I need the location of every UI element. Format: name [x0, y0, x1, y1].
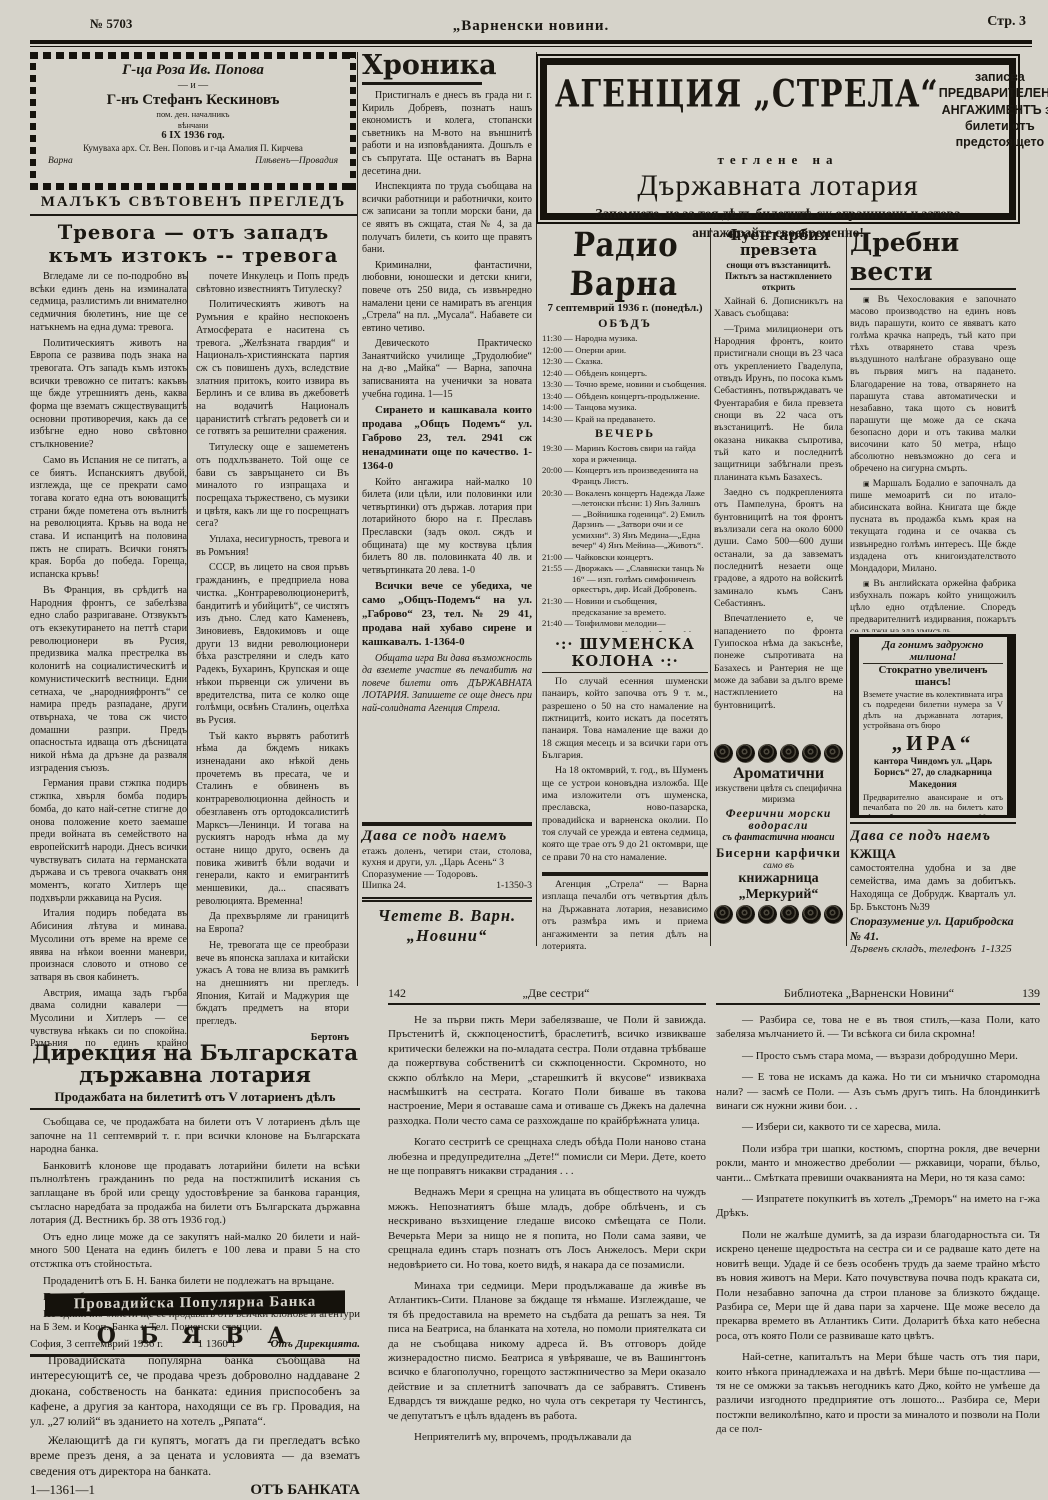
program-entry: 20:00 — Концертъ изъ произведенията на Ф…	[542, 465, 708, 486]
strela-agency-ad: АГЕНЦИЯ „СТРЕЛА“ записва ПРЕДВАРИТЕЛЕНЪ …	[540, 58, 1016, 220]
city-right: Плѣвенъ—Провадия	[255, 156, 338, 166]
novel-left-text: Не за първи пжть Мери забелязваше, че По…	[388, 1013, 706, 1444]
article-subhead: снощи отъ възстаницитѣ. Пжтьтъ за настжп…	[714, 260, 843, 292]
flower-icon	[802, 905, 821, 924]
city-left: Варна	[48, 156, 73, 166]
program-entry: 13:30 — Точно време, новини и съобщения.	[542, 379, 708, 390]
read-paper-banner: Четете В. Варн. „Новини“	[362, 897, 532, 946]
program-entry: 19:30 — Маринъ Костовъ свири на гайда хо…	[542, 443, 708, 464]
married-label: вѣнчани	[48, 120, 338, 131]
novel-paragraph: — Избери си, каквото ти се харесва, мила…	[716, 1120, 1040, 1134]
masthead-divider	[30, 40, 1032, 47]
evening-program-list: 19:30 — Маринъ Костовъ свири на гайда хо…	[542, 443, 708, 632]
novel-paragraph: — Просто съмъ стара мома, — възрази добр…	[716, 1049, 1040, 1063]
newspaper-title: „Варненски новини.	[30, 18, 1032, 35]
small-news-column: Дребни вести Въ Чехословакия е започнато…	[850, 228, 1016, 632]
chronicle-item: Сирането и кашкавала които продава „Общъ…	[362, 404, 532, 473]
paragraph: Въ Франция, въ срѣдитѣ на Народния фронт…	[30, 585, 187, 776]
strela-note-text: Агенция „Стрела“ — Варна изплаща печалби…	[542, 879, 708, 953]
radio-date: 7 септемврий 1936 г. (понедѣл.)	[542, 302, 708, 314]
drawing-label: теглене на	[555, 152, 1001, 168]
wedding-date: 6 IX 1936 год.	[48, 130, 338, 141]
novel-paragraph: Неприятелитѣ му, впрочемъ, продължавали …	[388, 1430, 706, 1444]
flower-icon	[736, 905, 755, 924]
column-divider	[357, 52, 358, 986]
program-entry: 20:30 — Вокаленъ концертъ Надежда Лаже—л…	[542, 488, 708, 551]
lunch-program-list: 11:30 — Народна музика.12:00 — Оперни ар…	[542, 333, 708, 424]
flower-icon	[802, 744, 821, 763]
house-rent-ad: Дава се подъ наемъ КЖЩА самостоятелна уд…	[850, 822, 1016, 953]
small-news-title: Дребни вести	[850, 228, 1016, 290]
paragraph: Провадийската популярна банка съобщава н…	[30, 1353, 360, 1430]
announcement-signature: ОТЪ БАНКАТА	[250, 1482, 360, 1499]
paragraph: Желающитѣ да ги купятъ, могатъ да ги пре…	[30, 1433, 360, 1479]
cities-row: Варна Плѣвенъ—Провадия	[48, 156, 338, 166]
rent-ad: Дава се подъ наемъ етажъ доленъ, четири …	[362, 822, 532, 891]
paragraph: Продаденитѣ отъ Б. Н. Банка билети не по…	[30, 1275, 360, 1289]
flower-icon	[780, 744, 799, 763]
house-ad-title2: КЖЩА	[850, 846, 896, 861]
ad-line-pins: Бисерни карфички	[714, 846, 843, 861]
flower-icons-row	[714, 905, 843, 924]
fuenterrabia-article: Фуентарбия превзета снощи отъ възстаници…	[714, 228, 843, 740]
ira-slogan-1: Да гонимъ задружно милиона!	[863, 639, 1003, 664]
program-entry: 13:40 — Обѣденъ концертъ-продължение.	[542, 391, 708, 402]
review-column-2: почете Инкулецъ и Попъ предъ свѣтовно из…	[187, 271, 349, 1049]
paragraph: Политическиятъ животъ на Европа се разви…	[30, 338, 187, 452]
news-item: Въ Чехословакия е започнато масово произ…	[850, 294, 1016, 475]
paragraph: Вгледаме ли се по-подробно въ всѣки един…	[30, 271, 187, 335]
strela-ad-top: АГЕНЦИЯ „СТРЕЛА“ записва ПРЕДВАРИТЕЛЕНЪ …	[555, 69, 1001, 150]
groom-name: Г-нъ Стефанъ Кескиновъ	[48, 92, 338, 109]
ad-line-nuance: съ фантастична нюанси	[714, 832, 843, 843]
bank-banner: Провадийска Популярна Банка	[45, 1290, 345, 1316]
ad-line-aromatic: Ароматични	[714, 765, 843, 783]
page-number: Стр. 3	[987, 14, 1026, 30]
novel-series-title: Библиотека „Варненски Новини“	[784, 986, 954, 1001]
novel-paragraph: Когато сестритѣ се срещнаха следъ обѣда …	[388, 1135, 706, 1178]
wedding-announcement: Г-ца Роза Ив. Попова — и — Г-нъ Стефанъ …	[30, 52, 356, 190]
evening-section-label: ВЕЧЕРЬ	[542, 426, 708, 441]
flower-icon	[714, 744, 733, 763]
groom-title: пом. ден. началникъ	[48, 109, 338, 120]
section-headline: Тревога — отъ западъ къмъ изтокъ -- трев…	[30, 221, 357, 267]
novel-right-text: — Разбира се, това не е въ твоя стилъ,—к…	[716, 1013, 1040, 1437]
newspaper-page: { "masthead": { "issue": "№ 5703", "titl…	[0, 0, 1048, 1500]
witnesses: Кумуваха арх. Ст. Вен. Поповъ и г-ца Ама…	[48, 143, 338, 153]
novel-page-number: 139	[1022, 986, 1040, 1001]
program-entry: 21:55 — Дворжакъ — „Славянски танцъ № 16…	[542, 563, 708, 595]
ira-body-2: Предварително авансиране и отъ печалбата…	[863, 792, 1003, 818]
house-ad-warehouse: Дървенъ складъ, телефонъ 26 — 38	[850, 943, 981, 953]
news-item: Маршалъ Бодалио е започналъ да пише мемо…	[850, 478, 1016, 575]
program-entry: 12:00 — Оперни арии.	[542, 345, 708, 356]
rent-ad-title: Дава се подъ наемъ	[362, 828, 532, 845]
shumen-column: ·:· ШУМЕНСКА КОЛОНА ·:· По случай есенни…	[542, 636, 708, 868]
ira-bureau-ad: Да гонимъ задружно милиона! Стократно ув…	[850, 634, 1016, 818]
paragraph: СССР, въ лицето на своя пръвъ гражданинъ…	[196, 562, 349, 727]
bride-name: Г-ца Роза Ив. Попова	[48, 62, 338, 79]
house-ad-body: самостоятелна удобна и за две семейства,…	[850, 863, 1016, 914]
novel-right-page: Библиотека „Варненски Новини“ 139 — Разб…	[716, 986, 1040, 1496]
chronicle-title: Хроника	[362, 50, 482, 85]
lunch-section-label: ОБѢДЪ	[542, 316, 708, 331]
shumen-body: По случай есенния шуменски панаиръ, койт…	[542, 676, 708, 864]
house-ad-code: 1-1325 10	[981, 943, 1016, 953]
paragraph: Тъй както вървятъ работитѣ нѣма да бждем…	[196, 731, 349, 909]
news-item: Въ английската оржейна фабрика избухналъ…	[850, 578, 1016, 632]
rent-ad-code: 1-1350-3	[496, 880, 532, 891]
masthead: № 5703 „Варненски новини. Стр. 3	[30, 12, 1032, 38]
state-lottery-title: Държавната лотария	[555, 169, 1001, 203]
program-entry: 11:30 — Народна музика.	[542, 333, 708, 344]
chronicle-item: Който ангажира най-малко 10 билета (или …	[362, 477, 532, 578]
novel-paragraph: Най-сетне, капиталътъ на Мери бѣше часть…	[716, 1350, 1040, 1436]
rent-ad-body: етажъ доленъ, четири стаи, столова, кухн…	[362, 846, 532, 868]
novel-paragraph: Поли избра три шапки, костюмъ, спортна р…	[716, 1142, 1040, 1185]
chronicle-items: Пристигналъ е днесъ въ града ни г. Кирил…	[362, 90, 532, 818]
announcement-code: 1—1361—1	[30, 1482, 95, 1499]
article-headline: Фуентарбия превзета	[714, 228, 843, 258]
flower-icon	[736, 744, 755, 763]
small-news-body: Въ Чехословакия е започнато масово произ…	[850, 294, 1016, 632]
paragraph: Заедно съ подкрепленията отъ Пампелуна, …	[714, 487, 843, 610]
section-kicker: МАЛЪКЪ СВѢТОВЕНЪ ПРЕГЛЕДЪ	[30, 194, 357, 216]
shumen-title: ·:· ШУМЕНСКА КОЛОНА ·:·	[542, 636, 708, 673]
paragraph: Уплаха, несигурность, тревога и въ Ромън…	[196, 534, 349, 559]
review-columns: Вгледаме ли се по-подробно въ всѣки един…	[30, 271, 357, 1049]
rent-ad-contact: Споразумение — Тодоровъ.	[362, 869, 478, 880]
ira-slogan-2: Стократно увеличенъ шансъ!	[863, 664, 1003, 688]
ira-body-1: Вземете участие въ колективната игра съ …	[863, 689, 1003, 730]
chronicle-item: Инспекцията по труда съобщава на всички …	[362, 181, 532, 257]
review-column-1: Вгледаме ли се по-подробно въ всѣки един…	[30, 271, 187, 1049]
column-divider	[536, 52, 537, 946]
program-entry: 21:00 — Чайковски концертъ.	[542, 552, 708, 563]
program-entry: 12:30 — Сказка.	[542, 356, 708, 367]
paragraph: На 18 октомврий, т. год., въ Шуменъ ще с…	[542, 765, 708, 864]
house-ad-contact: Споразумение ул. Царибродска № 41.	[850, 914, 1016, 943]
paragraph: —Трима милиционери отъ Народния фронтъ, …	[714, 324, 843, 484]
paragraph: почете Инкулецъ и Попъ предъ свѣтовно из…	[196, 271, 349, 296]
separator-text: — и —	[48, 80, 338, 91]
paragraph: Италия подиръ победата въ Абисиния лѣтув…	[30, 908, 187, 984]
program-entry: 21:30 — Новини и съобщения, предсказание…	[542, 596, 708, 617]
paragraph: Отъ едно лице може да се закупятъ най-ма…	[30, 1231, 360, 1272]
announcement-footer: 1—1361—1 ОТЪ БАНКАТА	[30, 1482, 360, 1499]
ad-line-seaweed: Феерични морски водорасли	[714, 808, 843, 832]
program-entry: 21:40 — Тонфилмови мелодии—участвуватъ: …	[542, 618, 708, 632]
flower-icon	[758, 905, 777, 924]
house-ad-titles: Дава се подъ наемъ КЖЩА	[850, 827, 1016, 863]
paragraph: Германия прави стжпка подиръ стжпка, хвъ…	[30, 778, 187, 905]
house-ad-footer: Дървенъ складъ, телефонъ 26 — 38 1-1325 …	[850, 943, 1016, 953]
paragraph: Хайнай 6. Дописникътъ на Хавасъ съобщава…	[714, 296, 843, 321]
program-entry: 14:30 — Край на предаването.	[542, 414, 708, 425]
program-entry: 14:00 — Танцова музика.	[542, 402, 708, 413]
chronicle-item: Общата игра Ви дава възможность да вземе…	[362, 653, 532, 716]
agency-offer-text: записва ПРЕДВАРИТЕЛЕНЪ АНГАЖИМЕНТЪ за би…	[939, 69, 1048, 150]
notice-subhead: Продажбата на билетитѣ отъ V лотариенъ д…	[30, 1089, 360, 1110]
novel-page-number: 142	[388, 986, 406, 1001]
novel-title: „Две сестри“	[523, 986, 590, 1001]
paragraph: Впечатлението е, че нападението по фронт…	[714, 613, 843, 712]
announcement-body: Провадийската популярна банка съобщава н…	[30, 1353, 360, 1479]
novel-left-header: 142 „Две сестри“	[388, 986, 706, 1005]
flower-icon	[824, 744, 843, 763]
paragraph: Банковитѣ клонове ще продаватъ лотарийни…	[30, 1160, 360, 1228]
paragraph: Съобщава се, че продажбата на билети отъ…	[30, 1116, 360, 1157]
agency-name: АГЕНЦИЯ „СТРЕЛА“	[555, 73, 939, 117]
paragraph: Да прехвърляме ли границитѣ на Европа?	[196, 911, 349, 936]
novel-paragraph: Минаха три седмици. Мери продължаваше да…	[388, 1279, 706, 1423]
house-ad-title: Дава се подъ наемъ	[850, 828, 991, 844]
novel-paragraph: — Изпратете покупкитѣ въ хотелъ „Треморъ…	[716, 1192, 1040, 1221]
radio-program: Радио Варна 7 септемврий 1936 г. (понедѣ…	[542, 230, 708, 632]
flower-icon	[758, 744, 777, 763]
ad-line-only-at: само въ	[714, 861, 843, 871]
flower-icon	[780, 905, 799, 924]
rent-ad-row: Шипка 24. 1-1350-3	[362, 880, 532, 891]
strela-payout-note: Агенция „Стрела“ — Варна изплаща печалби…	[542, 872, 708, 953]
program-entry: 12:40 — Обѣденъ концертъ.	[542, 368, 708, 379]
paragraph: Само въ Испания не се питатъ, а се биятъ…	[30, 455, 187, 582]
chronicle-column: Хроника Пристигналъ е днесъ въ града ни …	[362, 50, 532, 946]
novel-right-header: Библиотека „Варненски Новини“ 139	[716, 986, 1040, 1005]
novel-paragraph: Веднажъ Мери я срещна на улицата въ обще…	[388, 1185, 706, 1271]
novel-paragraph: Поли не жалѣше думитѣ, за да изрази благ…	[716, 1228, 1040, 1343]
world-review-section: МАЛЪКЪ СВѢТОВЕНЪ ПРЕГЛЕДЪ Тревога — отъ …	[30, 194, 357, 1049]
novel-paragraph: Не за първи пжть Мери забелязваше, че По…	[388, 1013, 706, 1128]
paragraph: Политическиятъ животъ на Румъния е крайн…	[196, 299, 349, 439]
aromatic-flowers-ad: Ароматични изкуствени цвѣтя съ специфичн…	[714, 742, 843, 974]
ad-line-mercury: книжарница „Меркурий“	[714, 871, 843, 903]
rent-ad-address: Шипка 24.	[362, 880, 406, 891]
ira-office-address: кантора Чиндомъ ул. „Царь Борисъ“ 27, до…	[863, 757, 1003, 790]
notice-headline: Дирекция на Българската държавна лотария	[30, 1042, 360, 1086]
ad-warning-line1: Запомнете, че за тоя дѣлъ билетитѣ сж ог…	[555, 206, 1001, 222]
paragraph: По случай есенния шуменски панаиръ, койт…	[542, 676, 708, 762]
announcement-title: О Б Я В А	[30, 1323, 360, 1349]
chronicle-item: Криминални, фантастични, любовни, юношес…	[362, 260, 532, 336]
novel-paragraph: — Разбира се, това не е въ твоя стилъ,—к…	[716, 1013, 1040, 1042]
flower-icons-row	[714, 744, 843, 763]
bank-announcement: Провадийска Популярна Банка О Б Я В А Пр…	[30, 1292, 360, 1499]
flower-icon	[714, 905, 733, 924]
ira-name: „ИРА“	[863, 731, 1003, 756]
rent-ad-row: Споразумение — Тодоровъ.	[362, 869, 532, 880]
chronicle-item: Пристигналъ е днесъ въ града ни г. Кирил…	[362, 90, 532, 178]
column-divider	[710, 228, 711, 946]
novel-left-page: 142 „Две сестри“ Не за първи пжть Мери з…	[388, 986, 706, 1496]
chronicle-item: Всички вече се убедиха, че само „Общъ-По…	[362, 580, 532, 649]
paragraph: Титулеску още е зашеметенъ отъ подхлъзва…	[196, 442, 349, 531]
column-divider	[846, 228, 847, 946]
ad-line-flowers: изкуствени цвѣтя съ специфична миризма	[714, 783, 843, 805]
chronicle-item: Девическото Практическо Занаятчийско учи…	[362, 338, 532, 401]
radio-title: Радио Варна	[542, 230, 708, 303]
paragraph: Не, тревогата ще се преобрази вече въ яп…	[196, 940, 349, 1029]
novel-paragraph: — Е това не искамъ да кажа. Но ти си мън…	[716, 1070, 1040, 1113]
flower-icon	[824, 905, 843, 924]
